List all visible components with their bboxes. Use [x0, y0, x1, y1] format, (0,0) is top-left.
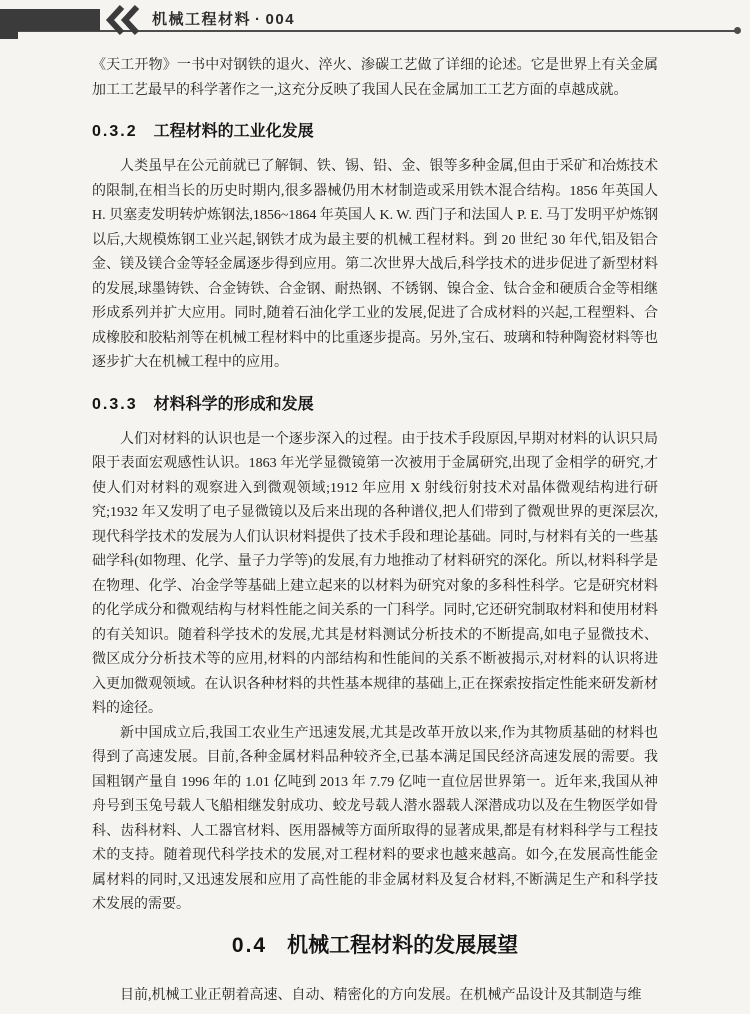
section-title: 材料科学的形成和发展 [154, 396, 314, 413]
section-number: 0.3.3 [92, 396, 138, 413]
section-heading-0-4: 0.4机械工程材料的发展展望 [92, 930, 658, 962]
book-page: 机械工程材料·004 《天工开物》一书中对钢铁的退火、淬火、渗碳工艺做了详细的论… [0, 0, 750, 1014]
section-number: 0.3.2 [92, 123, 138, 140]
header-bar-tab [0, 31, 18, 39]
section-heading-0-3-3: 0.3.3材料科学的形成和发展 [92, 392, 658, 418]
header-rule-end-dot [734, 27, 741, 34]
paragraph-materials-science: 人们对材料的认识也是一个逐步深入的过程。由于技术手段原因,早期对材料的认识只局限… [92, 428, 658, 722]
running-head-separator: · [251, 11, 266, 28]
page-content: 《天工开物》一书中对钢铁的退火、淬火、渗碳工艺做了详细的论述。它是世界上有关金属… [92, 54, 658, 1008]
section-heading-0-3-2: 0.3.2工程材料的工业化发展 [92, 119, 658, 145]
header-bar [0, 9, 100, 31]
paragraph-new-china-development: 新中国成立后,我国工农业生产迅速发展,尤其是改革开放以来,作为其物质基础的材料也… [92, 722, 658, 918]
running-head: 机械工程材料·004 [152, 8, 295, 29]
paragraph-industrialization: 人类虽早在公元前就已了解铜、铁、锡、铅、金、银等多种金属,但由于采矿和冶炼技术的… [92, 155, 658, 376]
paragraph-outlook: 目前,机械工业正朝着高速、自动、精密化的方向发展。在机械产品设计及其制造与维 [92, 984, 658, 1009]
section-number: 0.4 [232, 934, 267, 957]
running-head-page-number: 004 [266, 11, 296, 28]
double-chevron-left-icon [105, 5, 143, 35]
page-header: 机械工程材料·004 [0, 0, 750, 40]
running-head-title: 机械工程材料 [152, 11, 251, 28]
section-title: 工程材料的工业化发展 [154, 123, 314, 140]
section-title: 机械工程材料的发展展望 [287, 934, 518, 957]
paragraph-tiangong-kaiwu: 《天工开物》一书中对钢铁的退火、淬火、渗碳工艺做了详细的论述。它是世界上有关金属… [92, 54, 658, 103]
